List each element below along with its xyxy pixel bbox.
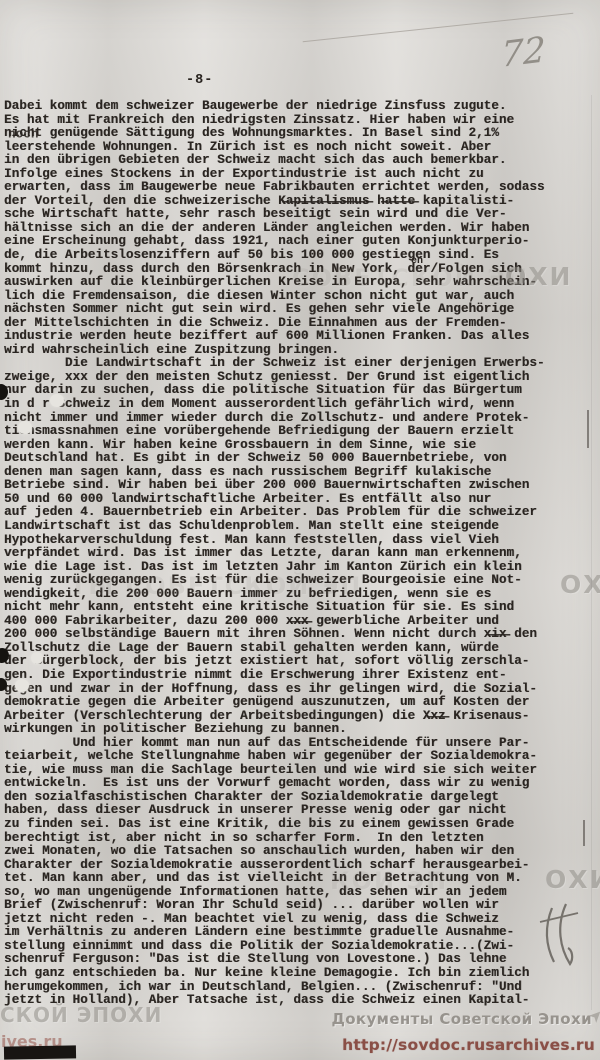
text-line: erwarten, dass im Baugewerbe neue Fabrik…	[4, 180, 598, 194]
pencil-squiggle-mark	[538, 900, 582, 970]
text-line: Arbeiter (Verschlechterung der Arbeitsbe…	[4, 709, 598, 723]
watermark-ghost-fragment: СОВЕТСКОЙ ЭП	[292, 264, 529, 292]
text-line: Deutschland hat. Es gibt in der Schweiz …	[4, 451, 598, 465]
scan-corner-artifact	[4, 1045, 76, 1059]
text-line: 200 000 selbständige Bauern mit ihren Sö…	[4, 627, 598, 641]
superscript-correction: en	[411, 256, 423, 267]
text-line: herumgekommen, ich war in Deutschland, B…	[4, 980, 598, 994]
text-line: sche Wirtschaft hatte, sehr rasch beseit…	[4, 207, 598, 221]
text-line: werden kann. Wir haben keine Grossbauern…	[4, 438, 598, 452]
text-line: demokratie gegen die Arbeiter genügend a…	[4, 695, 598, 709]
overtyped-word: noch	[8, 126, 38, 141]
watermark-bottom-left-fragment: СКОЙ ЭПОХИ	[0, 1003, 162, 1027]
watermark-ghost-fragment: ТЫ СОВЕТСКОЙ ЭП	[70, 572, 362, 600]
text-line: tet. Man kann aber, und das ist vielleic…	[4, 871, 598, 885]
watermark-archive-url: http://sovdoc.rusarchives.ru	[342, 1036, 595, 1054]
punch-hole	[31, 652, 43, 664]
text-line: Und hier kommt man nun auf das Entscheid…	[4, 736, 598, 750]
text-line: eine Erscheinung gehabt, dass 1921, nach…	[4, 234, 598, 248]
text-line: nicht genügende Sättigung des Wohnungsma…	[4, 126, 598, 140]
text-line: den sozialfaschistischen Charakter der S…	[4, 790, 598, 804]
text-line: ich ganz entschieden ba. Nur keine klein…	[4, 966, 598, 980]
punch-hole	[18, 421, 32, 434]
text-line: schenruf Ferguson: "Das ist die Stellung…	[4, 952, 598, 966]
page-number: -8-	[186, 73, 213, 88]
text-line: zwei Monaten, wo die Tatsachen so anscha…	[4, 844, 598, 858]
text-line: industrie werden heute beziffert auf 600…	[4, 329, 598, 343]
text-line: in den übrigen Gebieten der Schweiz mach…	[4, 153, 598, 167]
text-line: Betriebe sind. Wir haben bei über 200 00…	[4, 478, 598, 492]
text-line: tionsmassnahmen eine vorübergehende Befr…	[4, 424, 598, 438]
text-line: Dabei kommt dem schweizer Baugewerbe der…	[4, 99, 598, 113]
text-line: Landwirtschaft ist das Schuldenproblem. …	[4, 519, 598, 533]
watermark-edge-fragment: ОХИ	[505, 262, 572, 291]
punch-hole	[50, 394, 64, 407]
text-line: nächsten Sommer nicht gut sein wird. Es …	[4, 302, 598, 316]
scan-edge-line	[591, 95, 592, 1010]
text-line: Die Landwirtschaft in der Schweiz ist ei…	[4, 356, 598, 370]
text-line: gen. Die Exportindustrie nimmt die Ersch…	[4, 668, 598, 682]
document-scan-page: 72 -8- Dabei kommt dem schweizer Baugewe…	[0, 0, 600, 1060]
text-line: zu finden sei. Das ist eine Kritik, die …	[4, 817, 598, 831]
text-line: zweige, xxx der den meisten Schutz genie…	[4, 370, 598, 384]
punch-hole	[15, 679, 29, 692]
text-line: berechtigt ist, aber nicht in so scharfe…	[4, 831, 598, 845]
text-line: Charakter der Sozialdemokratie ausserord…	[4, 858, 598, 872]
text-line: auf jeden 4. Bauernbetrieb ein Arbeiter.…	[4, 505, 598, 519]
text-line: hältnisse sich an die der anderen Länder…	[4, 221, 598, 235]
text-line: nur darin zu suchen, dass die politische…	[4, 383, 598, 397]
text-line: in d r Schweiz in dem Moment ausserorden…	[4, 397, 598, 411]
text-line: der Bürgerblock, der bis jetzt existiert…	[4, 654, 598, 668]
text-line: tie, wie muss man die Sachlage beurteile…	[4, 763, 598, 777]
text-line: Es hat mit Frankreich den niedrigsten Zi…	[4, 113, 598, 127]
pencil-margin-mark	[583, 820, 585, 846]
text-line: entwickeln. Es ist uns der Vorwurf gemac…	[4, 776, 598, 790]
watermark-archive-label: Документы Советской Эпохи	[331, 1010, 592, 1028]
text-line: nicht mehr kann, entsteht eine kritische…	[4, 600, 598, 614]
text-line: wirkungen in politischer Beziehung zu ba…	[4, 722, 598, 736]
typed-text-block: Dabei kommt dem schweizer Baugewerbe der…	[4, 99, 598, 1007]
text-line: leerstehende Wohnungen. In Zürich ist es…	[4, 140, 598, 154]
text-line: jetzt nicht reden -. Man beachtet viel z…	[4, 912, 598, 926]
pencil-margin-mark	[587, 410, 589, 448]
text-line: so, wo man ungenügende Informationen hat…	[4, 885, 598, 899]
text-line: der Vorteil, den die schweizerische K̶a̶…	[4, 194, 598, 208]
watermark-ghost-fragment: КОЙ ЭП	[330, 867, 448, 895]
text-line: gegen und zwar in der Hoffnung, dass es …	[4, 682, 598, 696]
text-line: de, die Arbeitslosenziffern auf 50 bis 1…	[4, 248, 598, 262]
text-line: Brief (Zwischenruf: Woran Ihr Schuld sei…	[4, 898, 598, 912]
text-line: 50 und 60 000 landwirtschaftliche Arbeit…	[4, 492, 598, 506]
text-line: wird wahrscheinlich eine Zuspitzung brin…	[4, 343, 598, 357]
text-line: nicht immer und immer wieder durch die Z…	[4, 411, 598, 425]
watermark-edge-fragment: ОХ	[560, 570, 600, 599]
handwritten-folio-number: 72	[501, 30, 546, 76]
text-line: stellung einnimmt und dass die Politik d…	[4, 939, 598, 953]
text-line: Infolge eines Stockens in der Exportindu…	[4, 167, 598, 181]
text-line: verpfändet wird. Das ist immer das Letzt…	[4, 546, 598, 560]
text-line: haben, dass dieser Ausdruck in unserer P…	[4, 803, 598, 817]
text-line: Hypothekarverschuldung fest. Man kann fe…	[4, 533, 598, 547]
text-line: teiarbeit, welche Stellungnahme haben wi…	[4, 749, 598, 763]
text-line: der Mittelschichten in die Schweiz. Die …	[4, 316, 598, 330]
text-line: 400 000 Fabrikarbeiter, dazu 200 000 x̶x…	[4, 614, 598, 628]
text-line: denen man sagen kann, dass es nach russi…	[4, 465, 598, 479]
text-line: im Verhältnis zu anderen Ländern eine be…	[4, 925, 598, 939]
text-line: Zollschutz die Lage der Bauern stabil ge…	[4, 641, 598, 655]
